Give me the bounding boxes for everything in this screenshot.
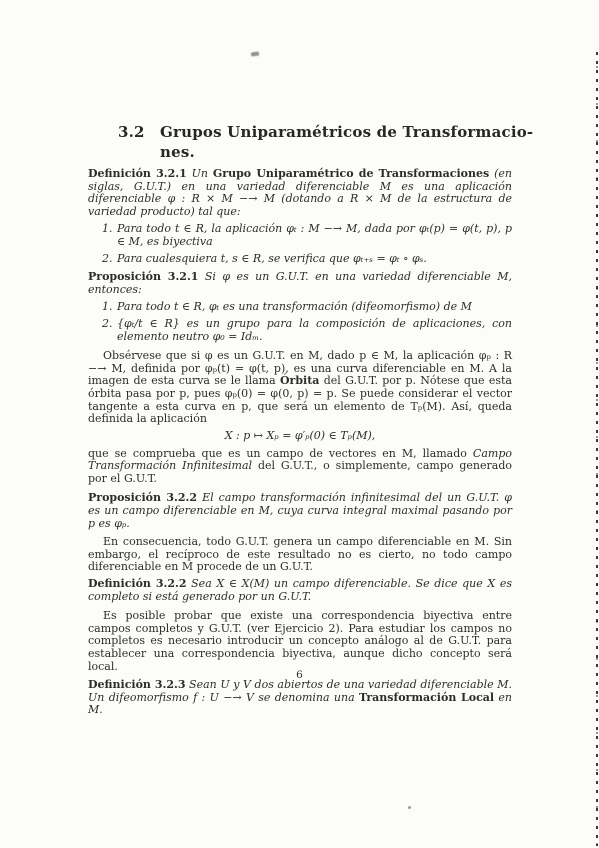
item-number: 1. [102,301,113,314]
proposition-3-2-1-label: Proposición 3.2.1 [88,270,198,283]
formula-infinitesimal-field: X : p ↦ Xₚ = φ′ₚ(0) ∈ Tₚ(M), [88,429,512,442]
paragraph-campo-pre: que se comprueba que es un campo de vect… [88,447,473,460]
item-number: 2. [102,318,113,331]
item-number: 1. [102,223,113,236]
definition-3-2-1: Definición 3.2.1 Un Grupo Uniparamétrico… [88,168,512,218]
section-heading: 3.2Grupos Uniparamétricos de Transformac… [118,122,512,162]
section-number: 3.2 [118,122,160,142]
list-item: 2.Para cualesquiera t, s ∈ R, se verific… [88,253,512,266]
definition-3-2-1-pre: Un [187,167,213,180]
list-item: 1.Para todo t ∈ R, la aplicación φₜ : M … [88,223,512,248]
paragraph-consecuencia: En consecuencia, todo G.U.T. genera un c… [88,536,512,574]
item-text: {φₜ/t ∈ R} es un grupo para la composici… [117,317,512,343]
proposition-3-2-1-items: 1.Para todo t ∈ R, φₜ es una transformac… [88,301,512,343]
definition-3-2-2-label: Definición 3.2.2 [88,577,187,590]
scan-speck [408,806,411,809]
orbita-term: Órbita [280,374,319,387]
definition-3-2-2: Definición 3.2.2 Sea X ∈ X(M) un campo d… [88,578,512,603]
scanned-page: 3.2Grupos Uniparamétricos de Transformac… [0,0,599,848]
list-item: 1.Para todo t ∈ R, φₜ es una transformac… [88,301,512,314]
page-number: 6 [0,669,599,681]
section-title-line2: nes. [160,142,512,162]
list-item: 2.{φₜ/t ∈ R} es un grupo para la composi… [88,318,512,343]
section-heading-line1: 3.2Grupos Uniparamétricos de Transformac… [118,122,512,142]
item-text: Para todo t ∈ R, φₜ es una transformació… [117,300,472,313]
paragraph-biyectiva: Es posible probar que existe una corresp… [88,610,512,673]
item-text: Para todo t ∈ R, la aplicación φₜ : M −→… [117,222,512,248]
definition-3-2-1-label: Definición 3.2.1 [88,167,187,180]
page-content: 3.2Grupos Uniparamétricos de Transformac… [88,0,512,717]
section-title-line1: Grupos Uniparamétricos de Transformacio- [160,122,533,142]
transformacion-local-term: Transformación Local [359,691,494,704]
proposition-3-2-1: Proposición 3.2.1 Si φ es un G.U.T. en u… [88,271,512,296]
paragraph-campo: que se comprueba que es un campo de vect… [88,448,512,486]
definition-3-2-3: Definición 3.2.3 Sean U y V dos abiertos… [88,679,512,717]
proposition-3-2-2-label: Proposición 3.2.2 [88,491,197,504]
item-number: 2. [102,253,113,266]
scan-edge-marks [596,52,598,846]
item-text: Para cualesquiera t, s ∈ R, se verifica … [117,252,427,265]
definition-3-2-1-items: 1.Para todo t ∈ R, la aplicación φₜ : M … [88,223,512,265]
paragraph-orbita: Obsérvese que si φ es un G.U.T. en M, da… [88,350,512,426]
proposition-3-2-2: Proposición 3.2.2 El campo transformació… [88,492,512,530]
gut-term: Grupo Uniparamétrico de Transformaciones [213,167,489,180]
